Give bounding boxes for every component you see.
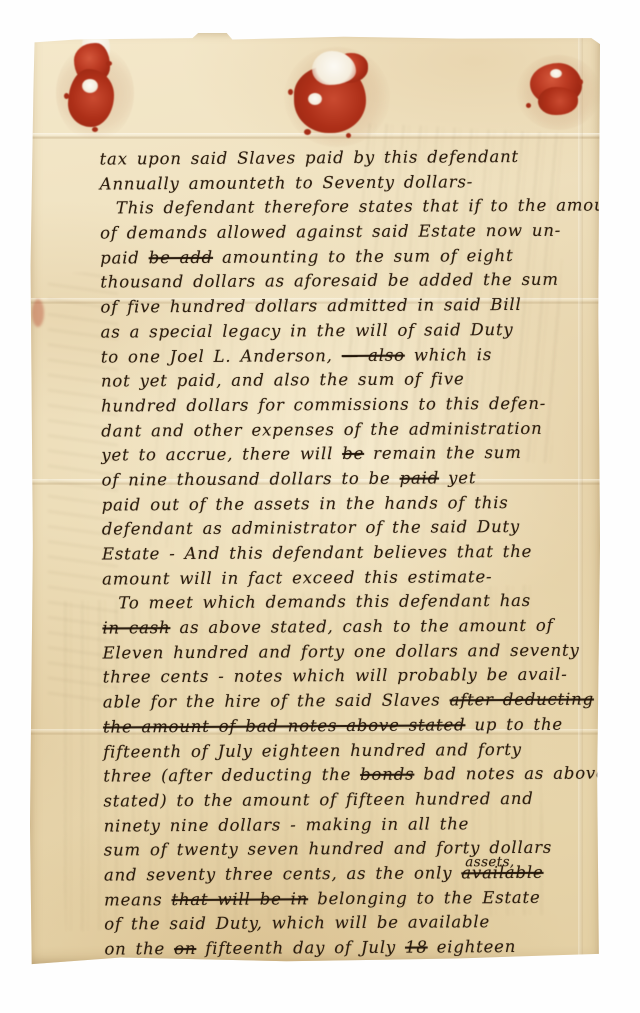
wax-seal-center <box>282 45 392 150</box>
manuscript-line: This defendant therefore states that if … <box>100 194 596 222</box>
manuscript-line: of the said Duty, which will be availabl… <box>104 910 600 938</box>
text-segment: tax upon said Slaves paid by this defend… <box>100 147 519 169</box>
text-segment: paid <box>100 248 149 267</box>
struck-text: be <box>342 444 364 463</box>
text-segment: Eleven hundred and forty one dollars and… <box>103 640 580 662</box>
text-segment: yet to accrue, there will <box>101 444 342 464</box>
text-segment: belonging to the Estate <box>308 887 540 907</box>
manuscript-line: in cash as above stated, cash to the amo… <box>102 614 598 642</box>
struck-text: on <box>174 939 196 958</box>
text-segment: as above stated, cash to the amount of <box>170 616 553 637</box>
text-segment: of demands allowed against said Estate n… <box>100 221 561 243</box>
struck-text: paid <box>400 468 440 487</box>
manuscript-line: Estate - And this defendant believes tha… <box>102 539 598 567</box>
manuscript-line: to one Joel L. Anderson, — also which is <box>101 342 597 370</box>
text-segment: as a special legacy in the will of said … <box>101 320 514 342</box>
manuscript-line: yet to accrue, there will be remain the … <box>101 441 597 469</box>
text-segment: ninety nine dollars - making in all the <box>104 814 470 835</box>
manuscript-line: and seventy three cents, as the only ass… <box>104 860 600 888</box>
manuscript-line: Eleven hundred and forty one dollars and… <box>103 638 599 666</box>
manuscript-line: means that will be in belonging to the E… <box>104 885 600 913</box>
manuscript-line: amount will in fact exceed this estimate… <box>102 564 598 592</box>
wax-speck <box>304 129 311 135</box>
wax-seal-left <box>52 35 142 145</box>
text-segment: To meet which demands this defendant has <box>118 591 531 613</box>
text-segment: on the <box>104 939 174 958</box>
text-segment: stated) to the amount of fifteen hundred… <box>103 789 533 811</box>
manuscript-line: of demands allowed against said Estate n… <box>100 219 596 247</box>
red-stain <box>32 299 44 327</box>
wax-speck <box>106 61 112 66</box>
manuscript-line: stated) to the amount of fifteen hundred… <box>103 786 599 814</box>
manuscript-line: of five hundred dollars admitted in said… <box>100 293 596 321</box>
text-segment: able for the hire of the said Slaves <box>103 691 450 712</box>
struck-text: — also <box>342 345 405 364</box>
text-segment: Annually amounteth to Seventy dollars- <box>100 172 473 193</box>
struck-text: after deducting <box>450 690 594 710</box>
scan-background: { "colors":{ "background":"#fefefe", "pa… <box>0 0 640 1013</box>
manuscript-line: sum of twenty seven hundred and forty do… <box>104 836 600 864</box>
text-segment: not yet paid, and also the sum of five <box>101 369 465 390</box>
text-segment: amounting to the sum of eight <box>213 246 514 267</box>
document-page: tax upon said Slaves paid by this defend… <box>30 33 600 965</box>
struck-text: that will be in <box>171 889 308 909</box>
wax-speck <box>526 103 531 108</box>
manuscript-line: able for the hire of the said Slaves aft… <box>103 688 599 716</box>
struck-text: the amount of bad notes above stated <box>103 715 465 736</box>
wax-speck <box>288 89 293 95</box>
text-segment: Estate - And this defendant believes tha… <box>102 542 532 564</box>
wax-speck <box>64 93 69 99</box>
wax-speck <box>346 133 351 138</box>
text-segment: which is <box>405 345 492 365</box>
manuscript-line: three (after deducting the bonds bad not… <box>103 762 599 790</box>
manuscript-line: ninety nine dollars - making in all the <box>104 811 600 839</box>
wax-gap <box>550 69 562 78</box>
manuscript-line: defendant as administrator of the said D… <box>102 515 598 543</box>
manuscript-line: on the on fifteenth day of July 18 eight… <box>104 934 600 962</box>
text-segment: three (after deducting the <box>103 765 360 786</box>
wax-speck <box>578 79 583 85</box>
text-segment: yet <box>439 468 476 487</box>
manuscript-line: three cents - notes which will probably … <box>103 663 599 691</box>
text-segment: of five hundred dollars admitted in said… <box>100 295 521 317</box>
struck-text: in cash <box>102 618 170 637</box>
text-segment: up to the <box>465 715 563 735</box>
struck-text: 18 <box>405 938 428 957</box>
text-segment: and seventy three cents, as the only <box>104 863 461 884</box>
manuscript-line: To meet which demands this defendant has <box>102 589 598 617</box>
manuscript-line: not yet paid, and also the sum of five <box>101 367 597 395</box>
wax-speck <box>92 127 98 132</box>
struck-text: be add <box>149 248 213 267</box>
text-segment: hundred dollars for commissions to this … <box>101 394 546 416</box>
manuscript-line: the amount of bad notes above stated up … <box>103 712 599 740</box>
manuscript-line: Annually amounteth to Seventy dollars- <box>100 169 596 197</box>
struck-text: bonds <box>360 765 414 784</box>
text-segment: bad notes as above <box>414 764 606 784</box>
manuscript-line: hundred dollars for commissions to this … <box>101 391 597 419</box>
text-segment: fifteenth of July eighteen hundred and f… <box>103 739 522 761</box>
manuscript-line: of nine thousand dollars to be paid yet <box>101 465 597 493</box>
text-segment: defendant as administrator of the said D… <box>102 517 520 539</box>
wax-seal-right <box>516 55 601 130</box>
text-segment: remain the sum <box>364 443 522 463</box>
text-segment: to one Joel L. Anderson, <box>101 346 342 366</box>
text-segment: of the said Duty, which will be availabl… <box>104 912 490 933</box>
text-segment: paid out of the assets in the hands of t… <box>102 493 509 514</box>
manuscript-line: thousand dollars as aforesaid be added t… <box>100 268 596 296</box>
text-segment: of nine thousand dollars to be <box>101 469 399 490</box>
handwritten-text: tax upon said Slaves paid by this defend… <box>100 144 601 962</box>
manuscript-line: as a special legacy in the will of said … <box>101 317 597 345</box>
manuscript-line: tax upon said Slaves paid by this defend… <box>100 144 596 172</box>
wax-gap <box>308 93 322 105</box>
text-segment: thousand dollars as aforesaid be added t… <box>100 270 559 292</box>
manuscript-line: paid be add amounting to the sum of eigh… <box>100 243 596 271</box>
manuscript-line: dant and other expenses of the administr… <box>101 416 597 444</box>
text-segment: fifteenth day of July <box>196 938 405 958</box>
text-segment: means <box>104 890 172 909</box>
text-segment: dant and other expenses of the administr… <box>101 418 542 440</box>
wax-fragment <box>538 87 578 115</box>
text-segment: eighteen <box>428 937 517 957</box>
manuscript-line: fifteenth of July eighteen hundred and f… <box>103 737 599 765</box>
text-segment: amount will in fact exceed this estimate… <box>102 567 492 588</box>
manuscript-line: paid out of the assets in the hands of t… <box>102 490 598 518</box>
text-segment: three cents - notes which will probably … <box>103 665 568 687</box>
text-segment: This defendant therefore states that if … <box>116 196 624 218</box>
wax-gap <box>82 79 98 93</box>
